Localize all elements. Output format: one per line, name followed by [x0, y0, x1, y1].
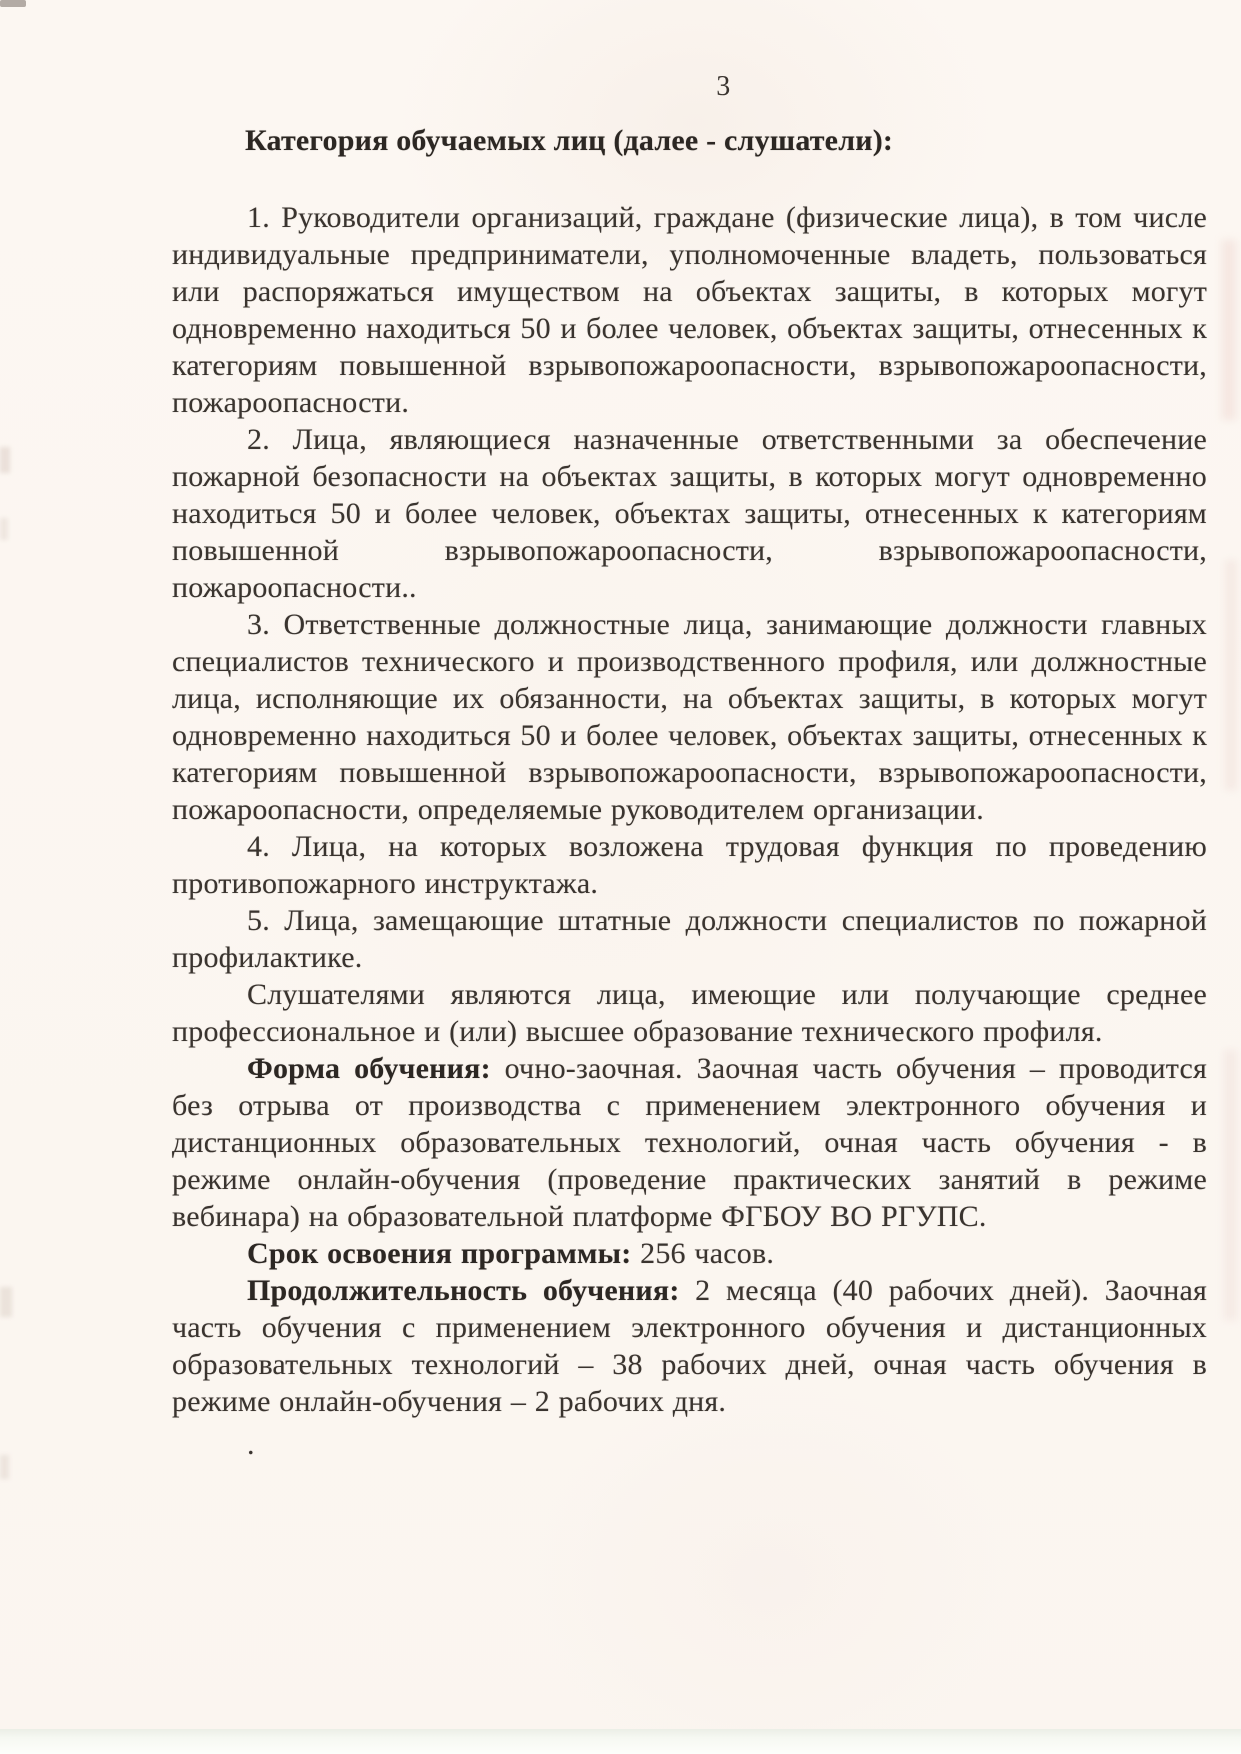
scan-artifact-top-left [0, 0, 26, 7]
paragraph: 2. Лица, являющиеся назначенные ответств… [172, 421, 1207, 606]
paragraph: 3. Ответственные должностные лица, заним… [172, 606, 1207, 828]
paragraph-lead: Продолжительность обучения: [247, 1274, 680, 1307]
paragraph-text: Слушателями являются лица, имеющие или п… [172, 978, 1207, 1048]
paragraph-text: 2. Лица, являющиеся назначенные ответств… [172, 423, 1207, 604]
document-body: 1. Руководители организаций, граждане (ф… [172, 199, 1207, 1463]
page-number: 3 [172, 68, 1207, 105]
scan-artifact-right [1224, 1050, 1237, 1320]
paragraph: Слушателями являются лица, имеющие или п… [172, 976, 1207, 1050]
paragraph-text: 3. Ответственные должностные лица, заним… [172, 608, 1207, 826]
scan-artifact-right [1225, 560, 1237, 790]
paragraph-text: 5. Лица, замещающие штатные должности сп… [172, 904, 1207, 974]
scan-artifact-right [1222, 240, 1236, 420]
paragraph: 5. Лица, замещающие штатные должности сп… [172, 902, 1207, 976]
page-content: 3 Категория обучаемых лиц (далее - слуша… [172, 68, 1207, 1463]
paragraph-lead: Срок освоения программы: [247, 1237, 631, 1270]
scan-artifact-left [0, 1287, 12, 1317]
paragraph-lead: Форма обучения: [247, 1052, 491, 1085]
scan-artifact-left [0, 1455, 9, 1479]
scan-artifact-left [0, 518, 8, 540]
scan-artifact-left [0, 447, 10, 473]
paragraph: Форма обучения: очно-заочная. Заочная ча… [172, 1050, 1207, 1235]
paragraph: 1. Руководители организаций, граждане (ф… [172, 199, 1207, 421]
scan-edge-bottom [0, 1729, 1241, 1754]
paragraph-text: 1. Руководители организаций, граждане (ф… [172, 201, 1207, 419]
paragraph: Срок освоения программы: 256 часов. [172, 1235, 1207, 1272]
paragraph-text: . [247, 1428, 255, 1461]
paragraph-text: 4. Лица, на которых возложена трудовая ф… [172, 830, 1207, 900]
paragraph-text: 256 часов. [631, 1237, 774, 1270]
paragraph: 4. Лица, на которых возложена трудовая ф… [172, 828, 1207, 902]
page-title: Категория обучаемых лиц (далее - слушате… [172, 122, 1207, 159]
document-page: 3 Категория обучаемых лиц (далее - слуша… [0, 0, 1241, 1754]
paragraph: Продолжительность обучения: 2 месяца (40… [172, 1272, 1207, 1420]
paragraph-stray-dot: . [172, 1426, 1207, 1463]
